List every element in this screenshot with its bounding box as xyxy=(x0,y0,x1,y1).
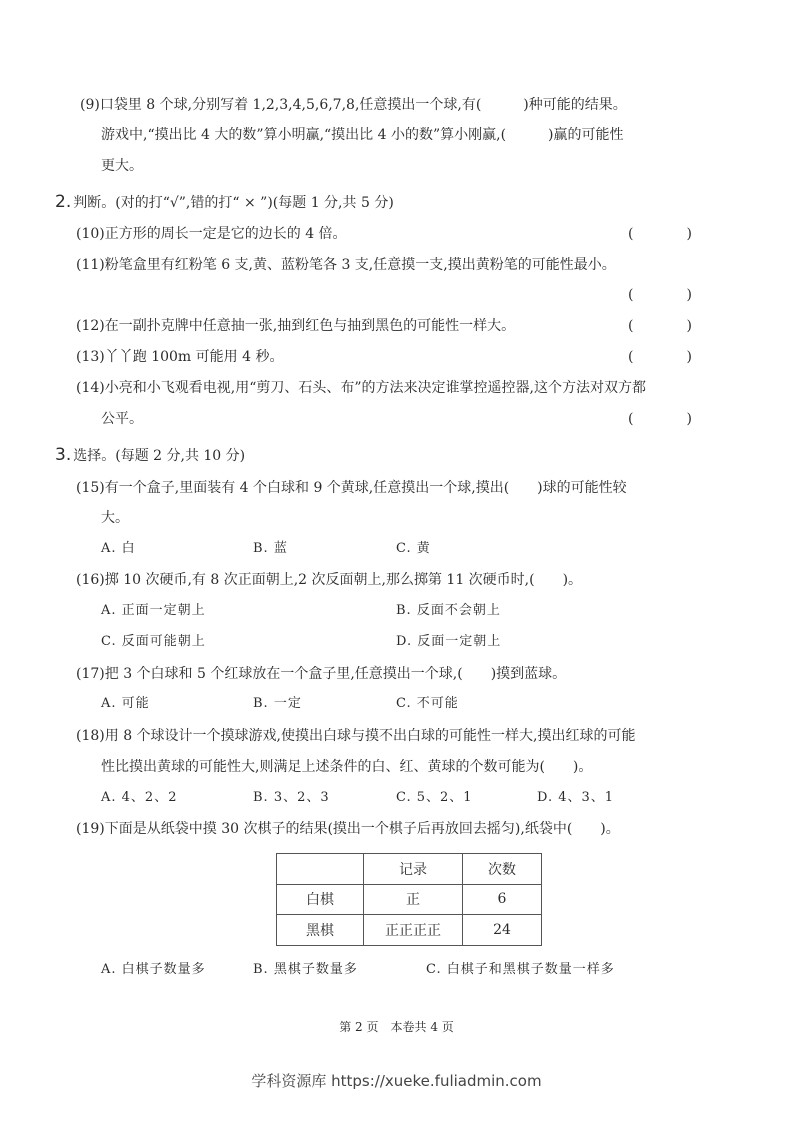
q16-option-b[interactable]: B. 反面不会朝上 xyxy=(396,601,501,621)
q17-option-a[interactable]: A. 可能 xyxy=(101,694,150,714)
q15-option-a[interactable]: A. 白 xyxy=(101,539,136,559)
paren-open: ( xyxy=(628,347,633,367)
paren-close: ) xyxy=(687,347,692,367)
q15-option-b[interactable]: B. 蓝 xyxy=(253,539,288,559)
q18-option-a[interactable]: A. 4、2、2 xyxy=(101,788,177,808)
q19-option-a[interactable]: A. 白棋子数量多 xyxy=(101,960,206,980)
table-header-cell: 次数 xyxy=(463,854,542,885)
q15-option-c[interactable]: C. 黄 xyxy=(396,539,431,559)
q16-option-a[interactable]: A. 正面一定朝上 xyxy=(101,601,206,621)
q12-answer-blank[interactable]: () xyxy=(628,316,692,336)
paren-close: ) xyxy=(687,316,692,336)
q10-text: (10)正方形的周长一定是它的边长的 4 倍。 xyxy=(76,224,347,244)
q18-line-1: (18)用 8 个球设计一个摸球游戏,使摸出白球与摸不出白球的可能性一样大,摸出… xyxy=(76,726,635,746)
table-cell: 6 xyxy=(463,884,542,915)
q18-line-2: 性比摸出黄球的可能性大,则满足上述条件的白、红、黄球的个数可能为( )。 xyxy=(101,757,592,777)
paren-open: ( xyxy=(628,285,633,305)
table-cell: 24 xyxy=(463,915,542,946)
page-number: 第 2 页 本卷共 4 页 xyxy=(0,1018,793,1035)
q18-option-b[interactable]: B. 3、2、3 xyxy=(253,788,330,808)
q17-option-b[interactable]: B. 一定 xyxy=(253,694,302,714)
table-header-cell xyxy=(277,854,364,885)
q11-answer-blank[interactable]: () xyxy=(628,285,692,305)
q18-option-d[interactable]: D. 4、3、1 xyxy=(537,788,614,808)
paren-open: ( xyxy=(628,224,633,244)
section-title: 判断。(对的打“√”,错的打“ × ”)(每题 1 分,共 5 分) xyxy=(73,195,394,211)
table-header-cell: 记录 xyxy=(364,854,463,885)
table-cell: 白棋 xyxy=(277,884,364,915)
q9-line-2: 游戏中,“摸出比 4 大的数”算小明赢,“摸出比 4 小的数”算小刚赢,( )赢… xyxy=(101,125,624,145)
q9-line-3: 更大。 xyxy=(101,156,143,176)
table-row: 黑棋 正正正正 24 xyxy=(277,915,542,946)
section-number: 3. xyxy=(55,445,71,465)
section-number: 2. xyxy=(55,192,71,212)
q17-text: (17)把 3 个白球和 5 个红球放在一个盒子里,任意摸出一个球,( )摸到蓝… xyxy=(76,664,566,684)
paren-close: ) xyxy=(687,409,692,429)
q14-line-1: (14)小亮和小飞观看电视,用“剪刀、石头、布”的方法来决定谁掌控遥控器,这个方… xyxy=(76,378,646,398)
section-title: 选择。(每题 2 分,共 10 分) xyxy=(73,448,245,464)
q19-record-table: 记录 次数 白棋 正 6 黑棋 正正正正 24 xyxy=(276,853,542,946)
section-3-heading: 3.选择。(每题 2 分,共 10 分) xyxy=(55,444,245,467)
q19-text: (19)下面是从纸袋中摸 30 次棋子的结果(摸出一个棋子后再放回去摇匀),纸袋… xyxy=(76,819,620,839)
table-row: 白棋 正 6 xyxy=(277,884,542,915)
q14-answer-blank[interactable]: () xyxy=(628,409,692,429)
q10-answer-blank[interactable]: () xyxy=(628,224,692,244)
q11-text: (11)粉笔盒里有红粉笔 6 支,黄、蓝粉笔各 3 支,任意摸一支,摸出黄粉笔的… xyxy=(76,255,616,275)
paren-close: ) xyxy=(687,285,692,305)
q16-option-d[interactable]: D. 反面一定朝上 xyxy=(396,632,501,652)
source-watermark: 学科资源库 https://xueke.fuliadmin.com xyxy=(0,1070,793,1091)
paren-open: ( xyxy=(628,409,633,429)
paren-close: ) xyxy=(687,224,692,244)
table-header-row: 记录 次数 xyxy=(277,854,542,885)
q14-line-2: 公平。 xyxy=(101,409,143,429)
q16-text: (16)掷 10 次硬币,有 8 次正面朝上,2 次反面朝上,那么掷第 11 次… xyxy=(76,570,582,590)
q12-text: (12)在一副扑克牌中任意抽一张,抽到红色与抽到黑色的可能性一样大。 xyxy=(76,316,515,336)
q17-option-c[interactable]: C. 不可能 xyxy=(396,694,459,714)
q15-line-1: (15)有一个盒子,里面装有 4 个白球和 9 个黄球,任意摸出一个球,摸出( … xyxy=(76,478,627,498)
q16-option-c[interactable]: C. 反面可能朝上 xyxy=(101,632,206,652)
q13-text: (13)丫丫跑 100m 可能用 4 秒。 xyxy=(76,347,283,367)
q19-option-c[interactable]: C. 白棋子和黑棋子数量一样多 xyxy=(426,960,615,980)
q18-option-c[interactable]: C. 5、2、1 xyxy=(396,788,473,808)
q15-line-2: 大。 xyxy=(101,508,129,528)
q13-answer-blank[interactable]: () xyxy=(628,347,692,367)
table-cell: 正正正正 xyxy=(364,915,463,946)
table-cell: 正 xyxy=(364,884,463,915)
q19-option-b[interactable]: B. 黑棋子数量多 xyxy=(253,960,358,980)
paren-open: ( xyxy=(628,316,633,336)
section-2-heading: 2.判断。(对的打“√”,错的打“ × ”)(每题 1 分,共 5 分) xyxy=(55,191,394,214)
table-cell: 黑棋 xyxy=(277,915,364,946)
q9-line-1: (9)口袋里 8 个球,分别写着 1,2,3,4,5,6,7,8,任意摸出一个球… xyxy=(80,95,627,115)
